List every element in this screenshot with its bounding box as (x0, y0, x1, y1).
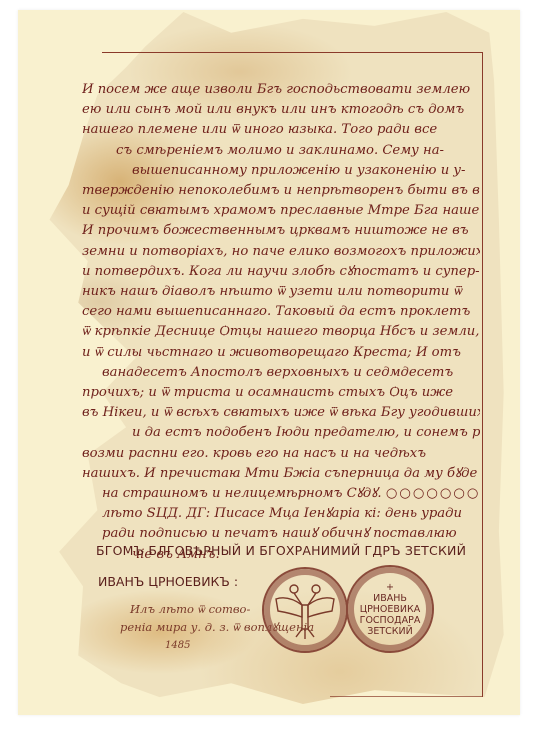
text-line: никъ нашъ дiаволъ нѣшто ѿ узети или потв… (82, 282, 480, 302)
signature-title: БГОМЪ БЛГОВѢРНЫЙ И БГОХРАНИМИЙ ГДРЪ ЗЕТС… (96, 543, 486, 558)
text-line: возми распни его. кровь его на насъ и на… (82, 444, 480, 464)
text-line: нашихъ. И пречистаꙗ Мти Бжiа съперница д… (82, 464, 480, 484)
text-line: И посем же аще изволи Бгъ господьствоват… (82, 80, 480, 100)
double-headed-eagle-icon (272, 577, 338, 643)
seal-text-line: ГОСПОДАРА (360, 615, 421, 626)
frame-line-right (482, 52, 483, 697)
text-line: ради подписью и печатъ нашꙋ обичнꙋ поста… (82, 524, 480, 544)
text-line: и да естъ подобенъ Iюди предателю, и сон… (82, 423, 480, 443)
inscription-seal: + ИВАНЬ ЦРНОЕВИКА ГОСПОДАРА ЗЕТСКИЙ (346, 565, 434, 653)
seal-text-line: ЗЕТСКИЙ (367, 626, 413, 637)
text-line: ею или сынъ мой или внукъ или инъ ктогод… (82, 100, 480, 120)
text-line: и ѿ силы чьстнаго и животворещаго Креста… (82, 343, 480, 363)
ornament-row: ○○○○○○○ (386, 486, 480, 501)
charter-body-text: И посем же аще изволи Бгъ господьствоват… (82, 80, 480, 565)
note-line: Илъ лѣто ѿ сотво- (130, 602, 250, 616)
text-line: вышеписанному приложенiю и узаконенiю и … (82, 161, 480, 181)
text-line: твержденiю непоколебимъ и непрѣтворенъ б… (82, 181, 480, 201)
seal-text-line: ЦРНОЕВИКА (360, 604, 421, 615)
text-fragment: на страшномъ и нелицемѣрномъ Сꙋдꙋ. (102, 486, 382, 501)
text-line: прочихъ; и ѿ триста и осамнаисть стыхъ Ѻ… (82, 383, 480, 403)
date-line: лѣто ЅЦД. ДГ: Писасе Мца Iенꙋарiа кi: де… (82, 504, 480, 524)
eagle-seal (262, 567, 348, 653)
cross-icon: + (386, 582, 394, 593)
frame-line-bottom (330, 696, 483, 697)
text-line: ванадесетъ Апостолъ верховныхъ и седмдес… (82, 363, 480, 383)
text-line: ѿ крѣпкiе Деснице Ѻтцы нашего творца Нбс… (82, 322, 480, 342)
signature-name: ИВАНЪ ЦРНОЕВИКЪ : (98, 574, 238, 589)
text-line: И прочимъ божественнымъ црквамъ ништоже … (82, 221, 480, 241)
text-line: нашего племене или ѿ иного ꙗзыка. Того р… (82, 120, 480, 140)
text-line: и потвердихъ. Кога ли научи злобѣ сꙋпост… (82, 262, 480, 282)
text-line: земни и потворiахъ, но паче елико возмог… (82, 242, 480, 262)
text-line: въ Нiкеи, и ѿ всѣхъ свꙗтыхъ иже ѿ вѣка Б… (82, 403, 480, 423)
text-line: на страшномъ и нелицемѣрномъ Сꙋдꙋ. ○○○○○… (82, 484, 480, 504)
frame-line-top (102, 52, 482, 53)
seal-text-line: ИВАНЬ (373, 593, 407, 604)
text-line: съ смѣренiемъ молимо и заклинамо. Сему н… (82, 141, 480, 161)
text-line: и сущiй свꙗтымъ храмомъ преславные Мтре … (82, 201, 480, 221)
note-year: 1485 (165, 640, 190, 651)
text-line: сего нами вышеписаннаго. Таковый да естъ… (82, 302, 480, 322)
